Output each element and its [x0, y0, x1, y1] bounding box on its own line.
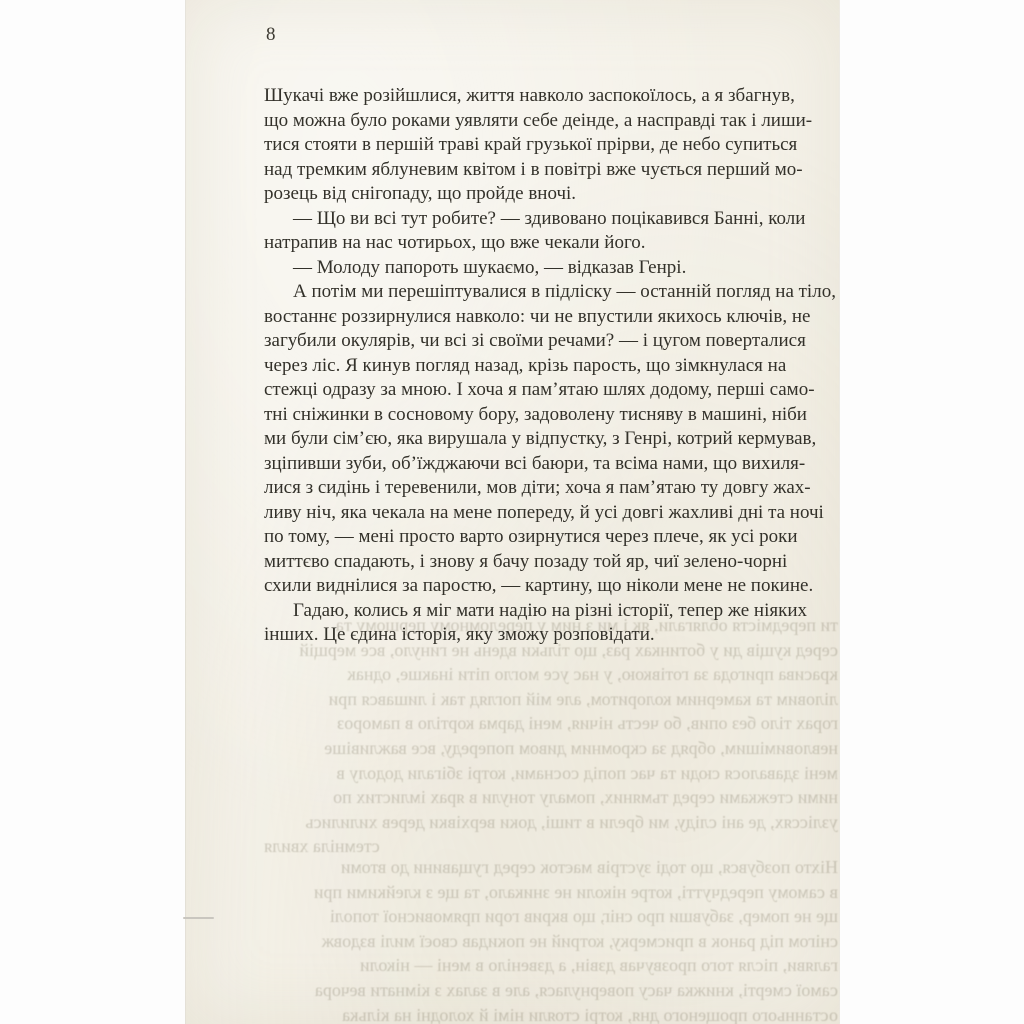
text-line: по тому, — мені просто варто озирнутися … — [264, 525, 838, 550]
bleedthrough-line: Ніхто позбувся, що тоді зустрів маєток с… — [264, 855, 838, 880]
text-line: ми були сім’єю, яка вирушала у відпустку… — [264, 427, 838, 452]
scan-margin-right — [838, 0, 1024, 1024]
body-text: Шукачі вже розійшлися, життя навколо зас… — [264, 84, 838, 648]
page-number: 8 — [266, 24, 276, 46]
text-line: тні сніжинки в сосновому бору, задоволен… — [264, 403, 838, 428]
bleedthrough-line: невловимішим, обряд за скромним дивом по… — [264, 736, 838, 761]
bleedthrough-line: самої смерті, книжка часу повернулася, а… — [264, 978, 838, 1003]
text-line: стежці одразу за мною. І хоча я пам’ятаю… — [264, 378, 838, 403]
bleedthrough-line: красива пригода за готівкою, у нас усе м… — [264, 662, 838, 687]
text-line: Шукачі вже розійшлися, життя навколо зас… — [264, 84, 838, 109]
text-line: інших. Це єдина історія, яку зможу розпо… — [264, 623, 838, 648]
bleedthrough-line: снігом під ранок в присмерку, котрий не … — [264, 929, 838, 954]
bleedthrough-line: ще не помер, забувши про сніг, що вкрив … — [264, 904, 838, 929]
scan-margin-left — [0, 0, 185, 1024]
bleedthrough-line: узліссях, де ані сліду, ми брели в тиші,… — [264, 810, 838, 835]
book-page: 8 ти передмістя облягали, як і ми з ним … — [185, 0, 840, 1024]
text-line: схили виднілися за паростю, — картину, щ… — [264, 574, 838, 599]
bleedthrough-text-block-1: ти передмістя облягали, як і ми з ним у … — [264, 613, 838, 859]
text-line: ливу ніч, яка чекала на мене попереду, й… — [264, 501, 838, 526]
text-line: Гадаю, колись я міг мати надію на різні … — [264, 599, 838, 624]
bleedthrough-line: ліловим та камерним колоритом, але мій п… — [264, 687, 838, 712]
text-line: натрапив на нас чотирьох, що вже чекали … — [264, 231, 838, 256]
text-line: — Що ви всі тут робите? — здивовано поці… — [264, 207, 838, 232]
text-line: що можна було роками уявляти себе деінде… — [264, 109, 838, 134]
bleedthrough-line: галяви, після того прозвучав дзвін, а дз… — [264, 953, 838, 978]
scanned-book-page-screenshot: 8 ти передмістя облягали, як і ми з ним … — [0, 0, 1024, 1024]
text-line: через ліс. Я кинув погляд назад, крізь п… — [264, 354, 838, 379]
scan-artifact-dash — [183, 917, 214, 919]
bleedthrough-text-block-2: Ніхто позбувся, що тоді зустрів маєток с… — [264, 855, 838, 1024]
text-line: востаннє роззирнулися навколо: чи не впу… — [264, 305, 838, 330]
bleedthrough-line: горах тіло без опив, бо честь нічия, мен… — [264, 711, 838, 736]
text-line: зціпивши зуби, об’їжджаючи всі баюри, та… — [264, 452, 838, 477]
bleedthrough-line: ними стежками серед тьмяних, помалу тону… — [264, 785, 838, 810]
text-line: лися з сидінь і теревенили, мов діти; хо… — [264, 476, 838, 501]
text-line: миттєво спадають, і знову я бачу позаду … — [264, 550, 838, 575]
text-line: розець від снігопаду, що пройде вночі. — [264, 182, 838, 207]
text-line: над тремким яблуневим квітом і в повітрі… — [264, 158, 838, 183]
text-line: тися стояти в першій траві край грузької… — [264, 133, 838, 158]
text-line: А потім ми перешіптувалися в підліску — … — [264, 280, 838, 305]
bleedthrough-line: в самому передчутті, котре ніколи не зни… — [264, 880, 838, 905]
text-line: загубили окулярів, чи всі зі своїми реча… — [264, 329, 838, 354]
bleedthrough-line: мені здавалося сюди та час попід соснами… — [264, 761, 838, 786]
bleedthrough-line: останнього прощеного дня, котрі стояли н… — [264, 1003, 838, 1024]
text-line: — Молоду папороть шукаємо, — відказав Ге… — [264, 256, 838, 281]
